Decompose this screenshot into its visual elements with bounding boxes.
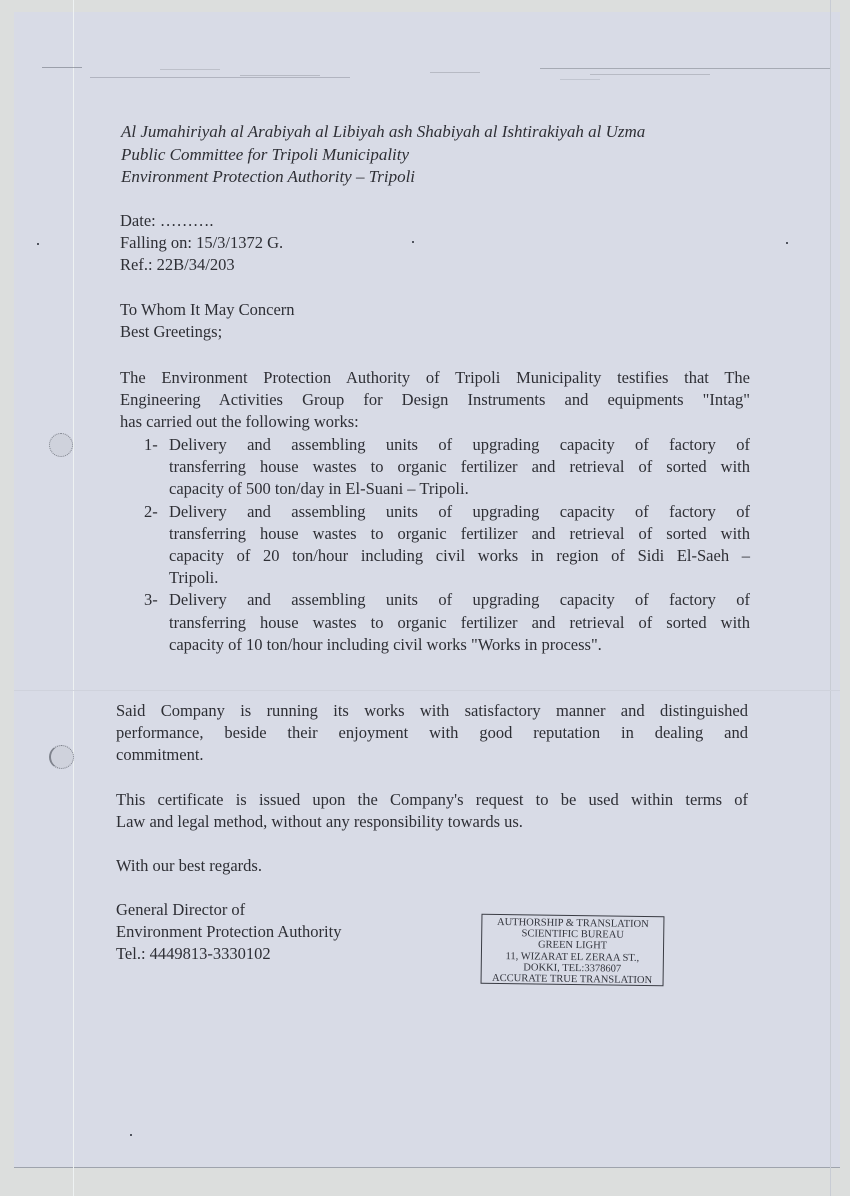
scan-artifact-line [830,0,831,1196]
intro-line: Engineering Activities Group for Design … [120,389,750,411]
scan-noise [30,55,820,90]
paragraph-line: performance, beside their enjoyment with… [116,722,748,744]
work-line: capacity of 10 ton/hour including civil … [169,634,750,656]
document-meta: Date: ………. Falling on: 15/3/1372 G. Ref.… [120,210,283,277]
work-item-1: 1- Delivery and assembling units of upgr… [144,434,750,501]
work-line: Delivery and assembling units of upgradi… [169,589,750,611]
falling-on-line: Falling on: 15/3/1372 G. [120,232,283,254]
intro-line: The Environment Protection Authority of … [120,367,750,389]
company-performance-paragraph: Said Company is running its works with s… [116,700,748,767]
date-line: Date: ………. [120,210,283,232]
signatory-organization: Environment Protection Authority [116,921,341,943]
scan-artifact-line [73,0,74,1196]
work-line: Tripoli. [169,567,750,589]
work-line: capacity of 20 ton/hour including civil … [169,545,750,567]
addressee: To Whom It May Concern [120,299,295,321]
paragraph-line: Said Company is running its works with s… [116,700,748,722]
signatory-telephone: Tel.: 4449813-3330102 [116,943,341,965]
signatory-title: General Director of [116,899,341,921]
work-line: transferring house wastes to organic fer… [169,456,750,478]
work-line: Delivery and assembling units of upgradi… [169,434,750,456]
paragraph-line: Law and legal method, without any respon… [116,811,748,833]
scan-speck [412,241,414,243]
certificate-purpose-paragraph: This certificate is issued upon the Comp… [116,789,748,833]
work-line: transferring house wastes to organic fer… [169,523,750,545]
letterhead-state-name: Al Jumahiriyah al Arabiyah al Libiyah as… [121,121,645,144]
scan-speck [37,243,39,245]
greeting: Best Greetings; [120,321,295,343]
intro-paragraph: The Environment Protection Authority of … [120,367,750,434]
work-item-2: 2- Delivery and assembling units of upgr… [144,501,750,590]
work-line: Delivery and assembling units of upgradi… [169,501,750,523]
scan-speck [130,1134,132,1136]
paragraph-line: commitment. [116,744,748,766]
closing: With our best regards. [116,855,262,877]
closing-line: With our best regards. [116,855,262,877]
letterhead-committee: Public Committee for Tripoli Municipalit… [121,144,645,167]
work-item-3: 3- Delivery and assembling units of upgr… [144,589,750,656]
works-list: 1- Delivery and assembling units of upgr… [144,434,750,656]
letterhead: Al Jumahiriyah al Arabiyah al Libiyah as… [121,121,645,189]
paragraph-line: This certificate is issued upon the Comp… [116,789,748,811]
punch-hole [49,745,74,769]
punch-hole [49,433,73,457]
work-line: capacity of 500 ton/day in El-Suani – Tr… [169,478,750,500]
work-number: 1- [144,434,158,456]
letterhead-authority: Environment Protection Authority – Tripo… [121,166,645,189]
fold-line [14,690,840,691]
work-number: 3- [144,589,158,611]
reference-line: Ref.: 22B/34/203 [120,254,283,276]
translation-stamp: AUTHORSHIP & TRANSLATION SCIENTIFIC BURE… [481,914,665,987]
work-line: transferring house wastes to organic fer… [169,612,750,634]
intro-line: has carried out the following works: [120,411,750,433]
work-number: 2- [144,501,158,523]
signature-block: General Director of Environment Protecti… [116,899,341,966]
salutation: To Whom It May Concern Best Greetings; [120,299,295,343]
scan-speck [786,242,788,244]
